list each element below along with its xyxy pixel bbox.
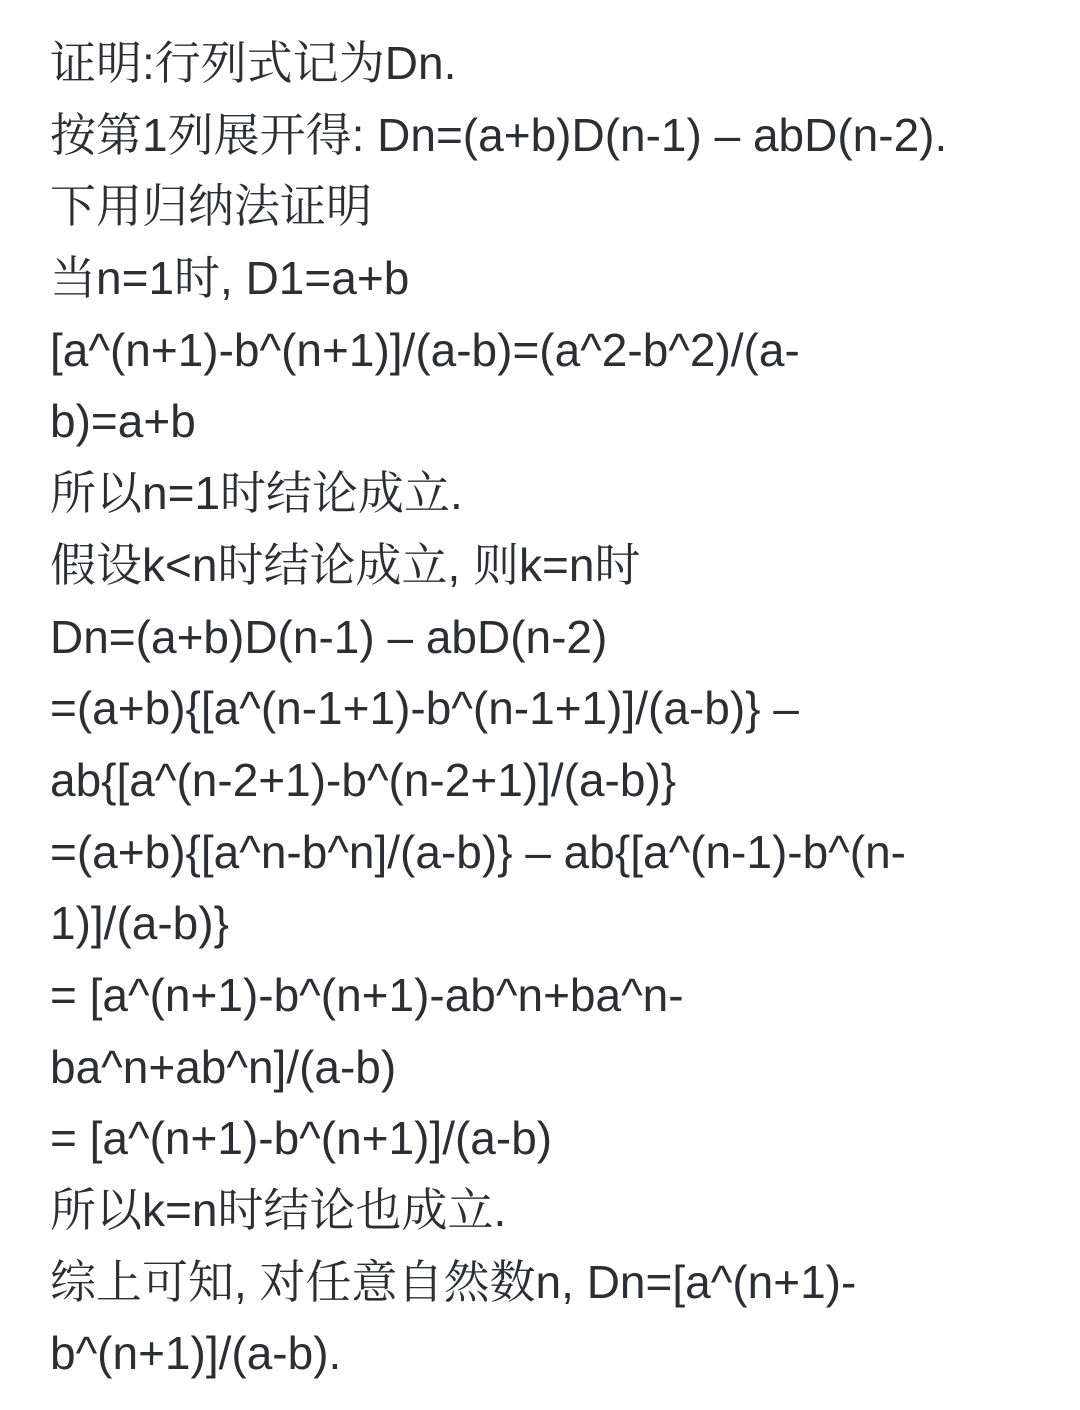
text-line: = [a^(n+1)-b^(n+1)-ab^n+ba^n- (50, 960, 1050, 1032)
text-line: 假设k<n时结论成立, 则k=n时 (50, 530, 1050, 602)
text-line: [a^(n+1)-b^(n+1)]/(a-b)=(a^2-b^2)/(a- (50, 315, 1050, 387)
text-line: 当n=1时, D1=a+b (50, 243, 1050, 315)
text-line: b)=a+b (50, 386, 1050, 458)
text-line: 所以n=1时结论成立. (50, 458, 1050, 530)
text-line: ba^n+ab^n]/(a-b) (50, 1032, 1050, 1104)
text-line: 综上可知, 对任意自然数n, Dn=[a^(n+1)- (50, 1247, 1050, 1319)
text-line: 1)]/(a-b)} (50, 888, 1050, 960)
proof-text-block: 证明:行列式记为Dn. 按第1列展开得: Dn=(a+b)D(n-1) – ab… (50, 28, 1050, 1390)
text-line: 按第1列展开得: Dn=(a+b)D(n-1) – abD(n-2). (50, 100, 1050, 172)
text-line: =(a+b){[a^n-b^n]/(a-b)} – ab{[a^(n-1)-b^… (50, 817, 1050, 889)
text-line: 所以k=n时结论也成立. (50, 1175, 1050, 1247)
text-line: b^(n+1)]/(a-b). (50, 1318, 1050, 1390)
text-line: 下用归纳法证明 (50, 171, 1050, 243)
text-line: =(a+b){[a^(n-1+1)-b^(n-1+1)]/(a-b)} – (50, 673, 1050, 745)
document-page: 证明:行列式记为Dn. 按第1列展开得: Dn=(a+b)D(n-1) – ab… (0, 0, 1080, 1410)
text-line: 证明:行列式记为Dn. (50, 28, 1050, 100)
text-line: ab{[a^(n-2+1)-b^(n-2+1)]/(a-b)} (50, 745, 1050, 817)
text-line: = [a^(n+1)-b^(n+1)]/(a-b) (50, 1103, 1050, 1175)
text-line: Dn=(a+b)D(n-1) – abD(n-2) (50, 602, 1050, 674)
